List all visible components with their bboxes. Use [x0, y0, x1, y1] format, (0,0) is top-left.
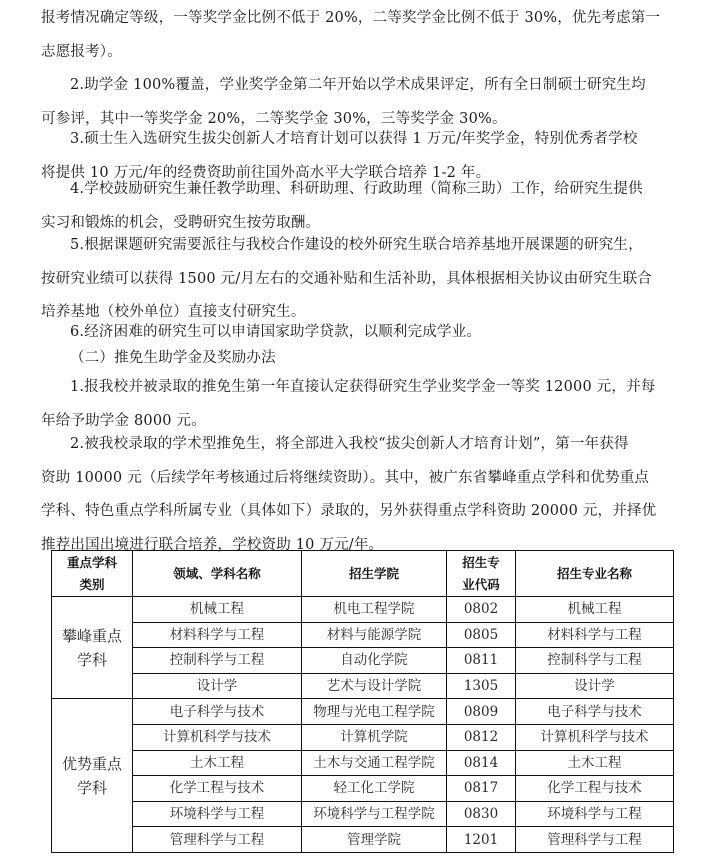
- college-cell: 土木与交通工程学院: [302, 750, 447, 776]
- key-disciplines-table: 重点学科 类别 领域、学科名称 招生学院 招生专 业代码 招生专业名称 攀峰重点…: [51, 550, 674, 853]
- major-cell: 环境科学与工程: [516, 801, 674, 827]
- code-cell: 0830: [447, 801, 516, 827]
- table-header-row: 重点学科 类别 领域、学科名称 招生学院 招生专 业代码 招生专业名称: [52, 551, 674, 597]
- table-row: 优势重点 学科 电子科学与技术 物理与光电工程学院 0809 电子科学与技术: [52, 699, 674, 725]
- text-line: 3.硕士生入选研究生拔尖创新人才培育计划可以获得 1 万元/年奖学金，特别优秀者…: [41, 123, 681, 157]
- field-cell: 土木工程: [133, 750, 302, 776]
- field-cell: 电子科学与技术: [133, 699, 302, 725]
- major-cell: 机械工程: [516, 597, 674, 623]
- table-row: 化学工程与技术 轻工化工学院 0817 化学工程与技术: [52, 776, 674, 802]
- text-line: 学科、特色重点学科所属专业（具体如下）录取的，另外获得重点学科资助 20000 …: [41, 495, 681, 529]
- field-cell: 控制科学与工程: [133, 648, 302, 674]
- code-cell: 1305: [447, 673, 516, 699]
- table-row: 攀峰重点 学科 机械工程 机电工程学院 0802 机械工程: [52, 597, 674, 623]
- header-text: 招生专业名称: [516, 563, 673, 585]
- major-cell: 管理科学与工程: [516, 827, 674, 853]
- document-page: 报考情况确定等级，一等奖学金比例不低于 20%，二等奖学金比例不低于 30%，优…: [0, 0, 723, 858]
- header-text: 类别: [52, 574, 132, 596]
- table-row: 材料科学与工程 材料与能源学院 0805 材料科学与工程: [52, 622, 674, 648]
- paragraph-recommended-item-2: 2.被我校录取的学术型推免生，将全部进入我校“拔尖创新人才培育计划”，第一年获得…: [41, 428, 681, 562]
- text-line: 按研究业绩可以获得 1500 元/月左右的交通补贴和生活补助，具体根据相关协议由…: [41, 263, 681, 297]
- category-text: 攀峰重点: [52, 624, 132, 648]
- college-cell: 环境科学与工程学院: [302, 801, 447, 827]
- college-cell: 艺术与设计学院: [302, 673, 447, 699]
- major-cell: 电子科学与技术: [516, 699, 674, 725]
- college-cell: 轻工化工学院: [302, 776, 447, 802]
- table-row: 设计学 艺术与设计学院 1305 设计学: [52, 673, 674, 699]
- table-row: 控制科学与工程 自动化学院 0811 控制科学与工程: [52, 648, 674, 674]
- code-cell: 0809: [447, 699, 516, 725]
- text-line: 5.根据课题研究需要派往与我校合作建设的校外研究生联合培养基地开展课题的研究生，: [41, 229, 681, 263]
- college-cell: 自动化学院: [302, 648, 447, 674]
- header-field: 领域、学科名称: [133, 551, 302, 597]
- text-line: 报考情况确定等级，一等奖学金比例不低于 20%，二等奖学金比例不低于 30%，优…: [41, 2, 681, 36]
- text-line: 2.助学金 100%覆盖，学业奖学金第二年开始以学术成果评定，所有全日制硕士研究…: [41, 69, 681, 103]
- major-cell: 控制科学与工程: [516, 648, 674, 674]
- header-college: 招生学院: [302, 551, 447, 597]
- code-cell: 1201: [447, 827, 516, 853]
- table-row: 环境科学与工程 环境科学与工程学院 0830 环境科学与工程: [52, 801, 674, 827]
- text-line: 2.被我校录取的学术型推免生，将全部进入我校“拔尖创新人才培育计划”，第一年获得: [41, 428, 681, 462]
- field-cell: 化学工程与技术: [133, 776, 302, 802]
- category-text: 学科: [52, 776, 132, 800]
- college-cell: 计算机学院: [302, 724, 447, 750]
- field-cell: 材料科学与工程: [133, 622, 302, 648]
- major-cell: 设计学: [516, 673, 674, 699]
- major-cell: 土木工程: [516, 750, 674, 776]
- text-line: 4.学校鼓励研究生兼任教学助理、科研助理、行政助理（简称三助）工作，给研究生提供: [41, 173, 681, 207]
- header-major: 招生专业名称: [516, 551, 674, 597]
- code-cell: 0812: [447, 724, 516, 750]
- category-text: 优势重点: [52, 752, 132, 776]
- college-cell: 管理学院: [302, 827, 447, 853]
- text-line: 资助 10000 元（后续学年考核通过后将继续资助）。其中，被广东省攀峰重点学科…: [41, 462, 681, 496]
- category-text: 学科: [52, 648, 132, 672]
- code-cell: 0805: [447, 622, 516, 648]
- major-cell: 计算机科学与技术: [516, 724, 674, 750]
- paragraph-item-5-joint-base: 5.根据课题研究需要派往与我校合作建设的校外研究生联合培养基地开展课题的研究生，…: [41, 229, 681, 330]
- text-line: 志愿报考）。: [41, 36, 681, 70]
- college-cell: 材料与能源学院: [302, 622, 447, 648]
- code-cell: 0817: [447, 776, 516, 802]
- table-row: 管理科学与工程 管理学院 1201 管理科学与工程: [52, 827, 674, 853]
- field-cell: 管理科学与工程: [133, 827, 302, 853]
- code-cell: 0814: [447, 750, 516, 776]
- header-category: 重点学科 类别: [52, 551, 133, 597]
- table-row: 计算机科学与技术 计算机学院 0812 计算机科学与技术: [52, 724, 674, 750]
- field-cell: 环境科学与工程: [133, 801, 302, 827]
- paragraph-ranking-note: 报考情况确定等级，一等奖学金比例不低于 20%，二等奖学金比例不低于 30%，优…: [41, 2, 681, 69]
- header-text: 招生专: [447, 552, 515, 574]
- college-cell: 机电工程学院: [302, 597, 447, 623]
- category-cell-advantage: 优势重点 学科: [52, 699, 133, 853]
- header-text: 重点学科: [52, 552, 132, 574]
- code-cell: 0802: [447, 597, 516, 623]
- table-row: 土木工程 土木与交通工程学院 0814 土木工程: [52, 750, 674, 776]
- field-cell: 机械工程: [133, 597, 302, 623]
- header-code: 招生专 业代码: [447, 551, 516, 597]
- field-cell: 计算机科学与技术: [133, 724, 302, 750]
- header-text: 招生学院: [302, 563, 446, 585]
- code-cell: 0811: [447, 648, 516, 674]
- header-text: 领域、学科名称: [133, 563, 301, 585]
- category-cell-panfeng: 攀峰重点 学科: [52, 597, 133, 699]
- major-cell: 材料科学与工程: [516, 622, 674, 648]
- text-line: 1.报我校并被录取的推免生第一年直接认定获得研究生学业奖学金一等奖 12000 …: [41, 371, 681, 405]
- major-cell: 化学工程与技术: [516, 776, 674, 802]
- header-text: 业代码: [447, 574, 515, 596]
- college-cell: 物理与光电工程学院: [302, 699, 447, 725]
- field-cell: 设计学: [133, 673, 302, 699]
